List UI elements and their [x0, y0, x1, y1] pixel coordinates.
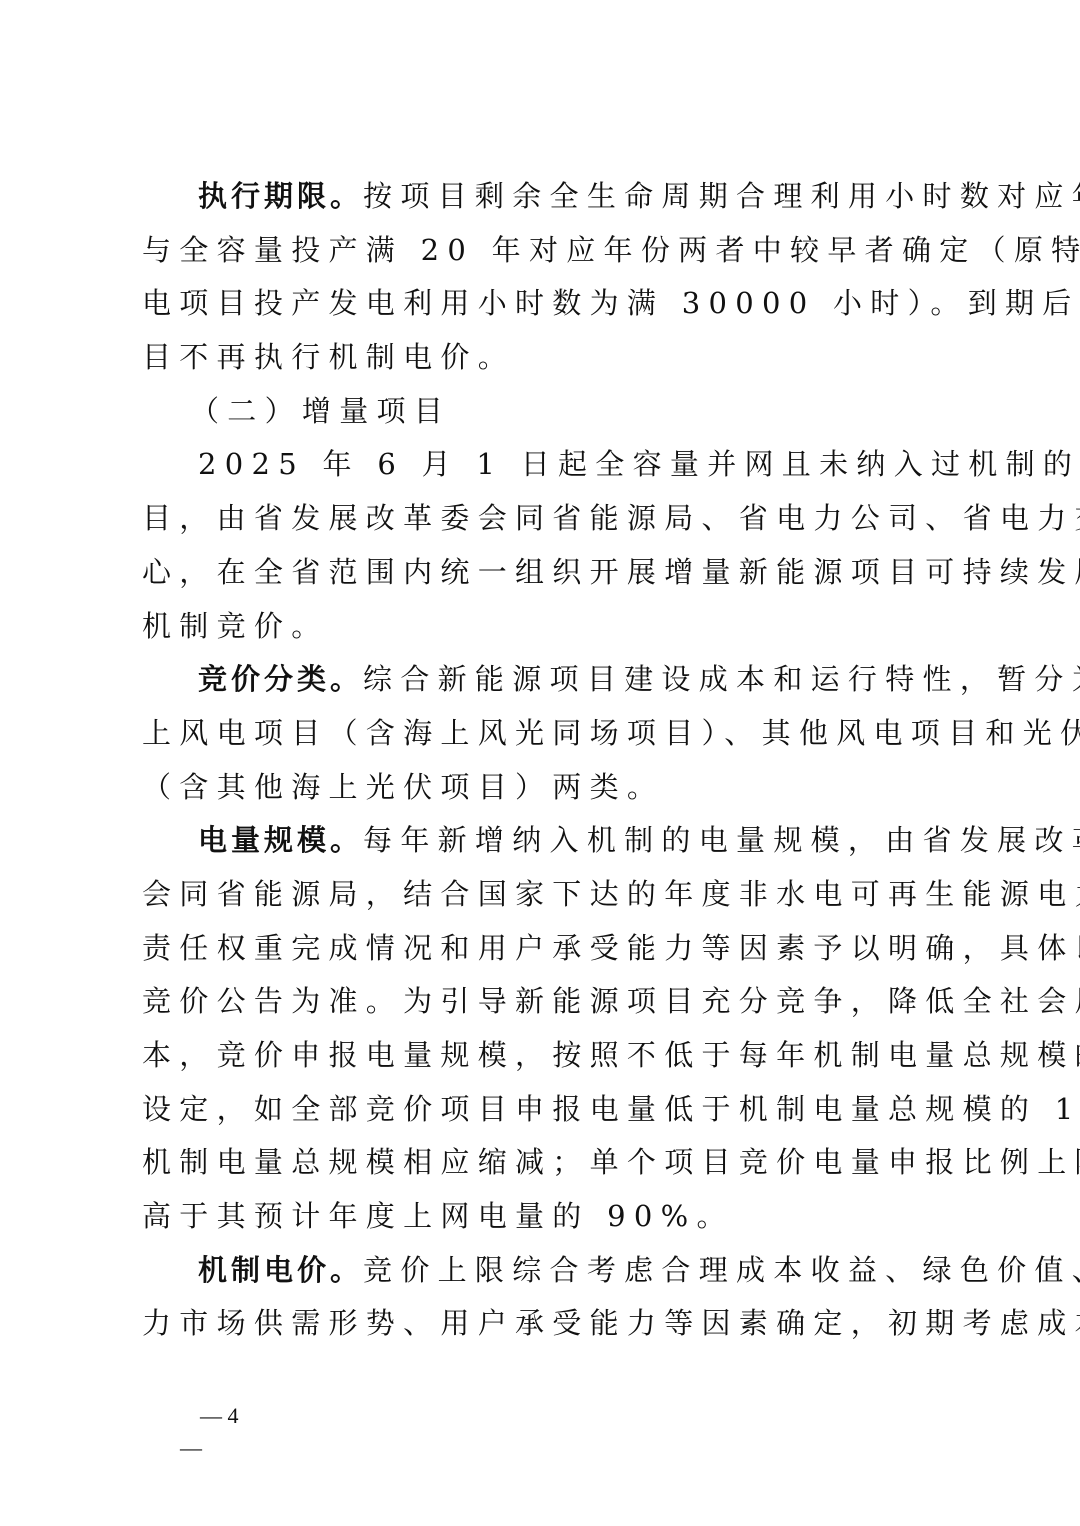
document-page: 执行期限。按项目剩余全生命周期合理利用小时数对应年份 与全容量投产满 20 年对… — [0, 0, 1080, 1526]
paragraph-line: （含其他海上光伏项目）两类。 — [142, 761, 942, 815]
paragraph-line: 设定，如全部竞价项目申报电量低于机制电量总规模的 125%， — [142, 1083, 942, 1137]
paragraph-line: 心，在全省范围内统一组织开展增量新能源项目可持续发展价格 — [142, 546, 942, 600]
paragraph-line: 力市场供需形势、用户承受能力等因素确定，初期考虑成本因素、 — [142, 1297, 942, 1351]
paragraph-line: 与全容量投产满 20 年对应年份两者中较早者确定（原特许权风 — [142, 224, 942, 278]
paragraph-text: 每年新增纳入机制的电量规模，由省发展改革委 — [363, 823, 1080, 857]
paragraph-heading: 执行期限。 — [198, 179, 363, 213]
paragraph-line: 责任权重完成情况和用户承受能力等因素予以明确，具体以每次 — [142, 922, 942, 976]
paragraph-line: 上风电项目（含海上风光同场项目）、其他风电项目和光伏项目 — [142, 707, 942, 761]
page-number: — 4 — [200, 1402, 239, 1430]
section-subheading: （二）增量项目 — [142, 385, 942, 439]
paragraph-line: 机制电价。竞价上限综合考虑合理成本收益、绿色价值、电 — [142, 1244, 942, 1298]
paragraph-line: 2025 年 6 月 1 日起全容量并网且未纳入过机制的新能源项 — [142, 438, 942, 492]
paragraph-line: 竞价公告为准。为引导新能源项目充分竞争，降低全社会用能成 — [142, 975, 942, 1029]
paragraph-line: 高于其预计年度上网电量的 90%。 — [142, 1190, 942, 1244]
paragraph-line: 目不再执行机制电价。 — [142, 331, 942, 385]
paragraph-line: 机制竞价。 — [142, 600, 942, 654]
paragraph-text: 综合新能源项目建设成本和运行特性，暂分为海 — [363, 662, 1080, 696]
paragraph-line: 会同省能源局，结合国家下达的年度非水电可再生能源电力消纳 — [142, 868, 942, 922]
paragraph-line: 电项目投产发电利用小时数为满 30000 小时）。到期后，存量项 — [142, 277, 942, 331]
paragraph-text: 按项目剩余全生命周期合理利用小时数对应年份 — [363, 179, 1080, 213]
paragraph-line: 执行期限。按项目剩余全生命周期合理利用小时数对应年份 — [142, 170, 942, 224]
page-number-tail: — — [180, 1434, 202, 1462]
paragraph-line: 本，竞价申报电量规模，按照不低于每年机制电量总规模的 125% — [142, 1029, 942, 1083]
paragraph-line: 目，由省发展改革委会同省能源局、省电力公司、省电力交易中 — [142, 492, 942, 546]
paragraph-line: 机制电量总规模相应缩减；单个项目竞价电量申报比例上限，不 — [142, 1136, 942, 1190]
paragraph-heading: 机制电价。 — [198, 1253, 363, 1287]
paragraph-line: 竞价分类。综合新能源项目建设成本和运行特性，暂分为海 — [142, 653, 942, 707]
paragraph-heading: 电量规模。 — [198, 823, 363, 857]
paragraph-text: 竞价上限综合考虑合理成本收益、绿色价值、电 — [363, 1253, 1080, 1287]
paragraph-line: 电量规模。每年新增纳入机制的电量规模，由省发展改革委 — [142, 814, 942, 868]
paragraph-heading: 竞价分类。 — [198, 662, 363, 696]
document-body: 执行期限。按项目剩余全生命周期合理利用小时数对应年份 与全容量投产满 20 年对… — [142, 170, 942, 1351]
